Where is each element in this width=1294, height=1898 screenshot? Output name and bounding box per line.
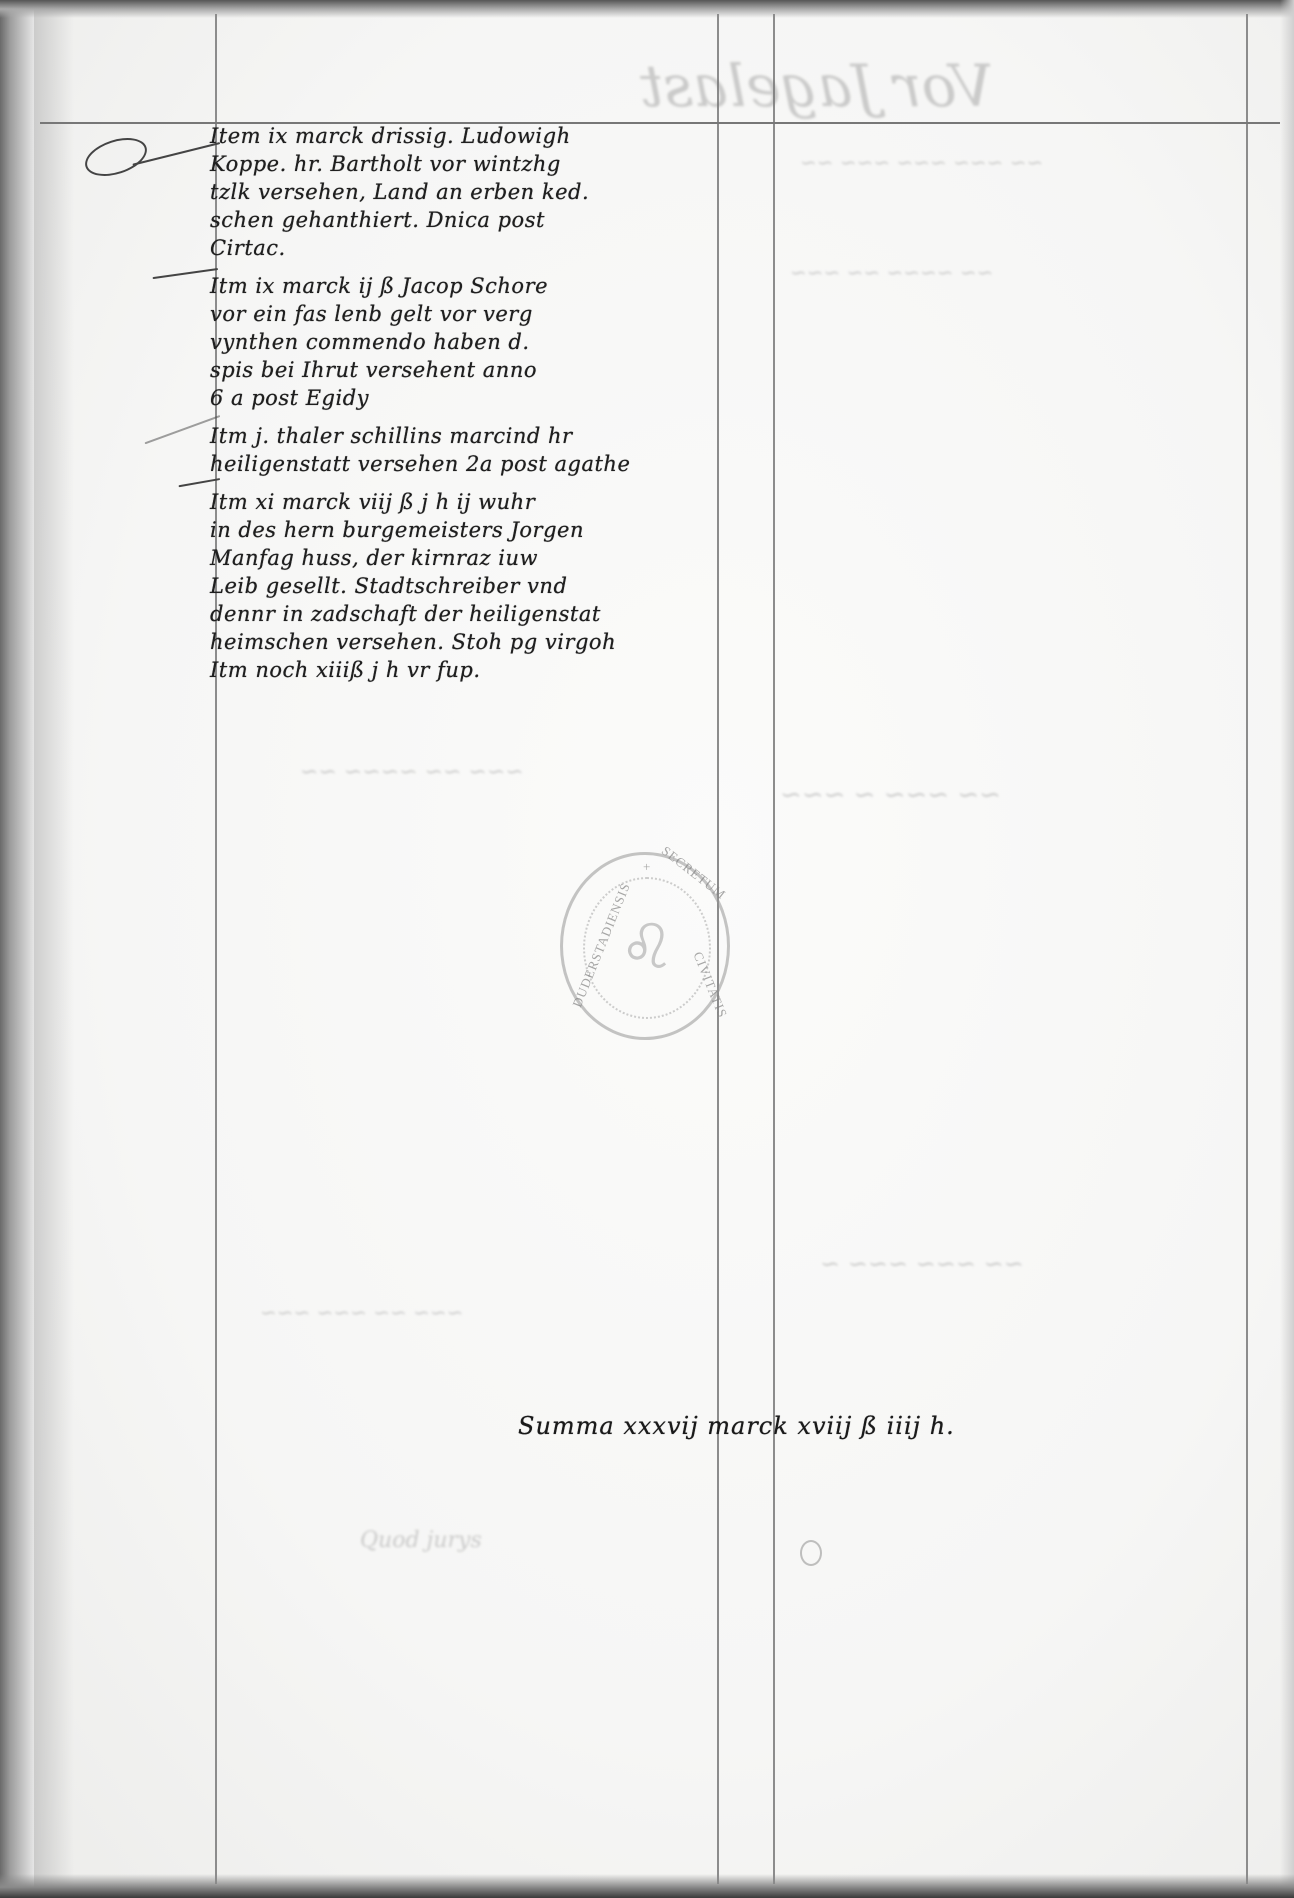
faint-circle-mark <box>800 1540 822 1566</box>
margin-flourish <box>144 415 220 444</box>
entry-line: vor ein fas lenb gelt vor verg <box>210 300 770 328</box>
faint-note: Quod jurys <box>360 1528 482 1553</box>
entry-line: vynthen commendo haben d. <box>210 328 770 356</box>
entry-line: Manfag huss, der kirnraz iuw <box>210 544 770 572</box>
bleedthrough-text: ~~ ~~~ ~~~ ~ <box>820 1250 1024 1278</box>
manuscript-page: Vor Jagelast ~~ ~~~ ~~~ ~~~ ~~ ~~ ~~~~ ~… <box>0 0 1294 1898</box>
entry-line: Item ix marck drissig. Ludowigh <box>210 122 770 150</box>
ledger-entry: Item ix marck drissig. Ludowigh Koppe. h… <box>210 122 770 262</box>
entry-line: in des hern burgemeisters Jorgen <box>210 516 770 544</box>
margin-flourish <box>80 131 151 183</box>
archive-seal-stamp: SECRETUM + DUDERSTADIENSIS CIVITATIS ♌ <box>560 852 730 1040</box>
ledger-total: Summa xxxvij marck xviij ß iiij h. <box>518 1412 955 1440</box>
entry-line: tzlk versehen, Land an erben ked. <box>210 178 770 206</box>
margin-flourish <box>153 268 219 279</box>
entry-line: 6 a post Egidy <box>210 384 770 412</box>
entry-line: spis bei Ihrut versehent anno <box>210 356 770 384</box>
ledger-entries: Item ix marck drissig. Ludowigh Koppe. h… <box>210 108 770 694</box>
ledger-entry: Itm xi marck viij ß j h ij wuhr in des h… <box>210 488 770 684</box>
book-binding <box>0 0 34 1898</box>
page-bottom-edge <box>0 1874 1294 1898</box>
entry-line: Koppe. hr. Bartholt vor wintzhg <box>210 150 770 178</box>
entry-line: Itm xi marck viij ß j h ij wuhr <box>210 488 770 516</box>
seal-cross-icon: + <box>643 859 651 875</box>
bleedthrough-text: ~~ ~~~~ ~~ ~~~ <box>790 260 993 284</box>
binding-shadow <box>34 0 74 1898</box>
bleedthrough-text: ~~ ~~~ ~~~ ~~~ ~~ <box>800 150 1043 174</box>
entry-line: dennr in zadschaft der heiligenstat <box>210 600 770 628</box>
entry-line: Itm ix marck ij ß Jacop Schore <box>210 272 770 300</box>
entry-line: heiligenstatt versehen 2a post agathe <box>210 450 770 478</box>
page-right-edge <box>1280 0 1294 1898</box>
entry-line: heimschen versehen. Stoh pg virgoh <box>210 628 770 656</box>
entry-line: Cirtac. <box>210 234 770 262</box>
entry-line: Itm j. thaler schillins marcind hr <box>210 422 770 450</box>
ruled-column-line-right <box>1246 14 1248 1884</box>
lion-crest-icon: ♌ <box>609 901 685 993</box>
entry-line: schen gehanthiert. Dnica post <box>210 206 770 234</box>
bleedthrough-text: ~~~ ~~ ~~~~ ~~ <box>300 760 524 785</box>
bleedthrough-text: ~~~ ~~ ~~~ ~~~ <box>260 1300 463 1324</box>
ledger-entry: Itm ix marck ij ß Jacop Schore vor ein f… <box>210 272 770 412</box>
entry-line: Itm noch xiiiß j h vr fup. <box>210 656 770 684</box>
page-top-edge <box>0 0 1294 18</box>
entry-line: Leib gesellt. Stadtschreiber vnd <box>210 572 770 600</box>
bleedthrough-text: ~~ ~~~ ~ ~~~ <box>780 780 1001 810</box>
ledger-entry: Itm j. thaler schillins marcind hr heili… <box>210 422 770 478</box>
ruled-column-line-mid-2 <box>773 14 775 1884</box>
